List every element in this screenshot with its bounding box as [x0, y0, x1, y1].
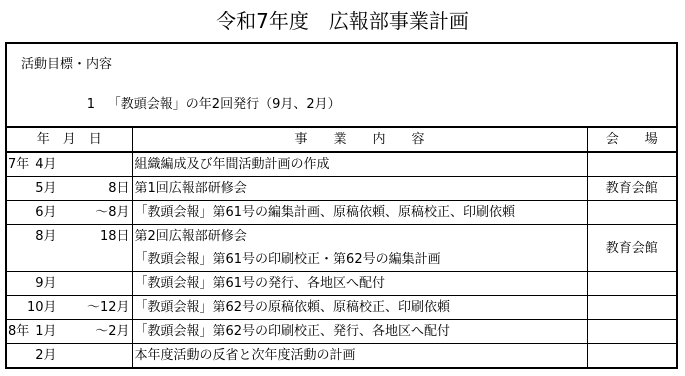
table-row: 10月 ～12月 「教頭会報」第62号の原稿依頼、原稿校正、印刷依頼 — [7, 296, 676, 320]
table-row: 5月 8日 第1回広報部研修会 教育会館 — [7, 177, 676, 201]
table-header-row: 年 月 日 事 業 内 容 会 場 — [7, 128, 676, 152]
date-year: 8年 — [8, 320, 29, 343]
goals-label: 活動目標・内容 — [21, 57, 112, 73]
header-event: 事 業 内 容 — [132, 128, 587, 152]
venue-cell — [587, 296, 676, 320]
date-cell: 8年 1月 ～2月 — [7, 320, 132, 343]
date-cell: 7年 4月 — [7, 153, 132, 176]
venue-cell: 教育会館 — [587, 177, 676, 201]
date-month: 6月 — [35, 201, 56, 224]
date-month: 5月 — [35, 177, 56, 200]
date-cell: 2月 — [7, 344, 132, 367]
table-row: 8年 1月 ～2月 「教頭会報」第62号の印刷校正、発行、各地区へ配付 — [7, 320, 676, 344]
event-line: 「教頭会報」第61号の印刷校正・第62号の編集計画 — [135, 248, 587, 271]
header-date: 年 月 日 — [7, 128, 132, 152]
date-month: 4月 — [35, 153, 56, 176]
event-cell: 「教頭会報」第62号の原稿依頼、原稿校正、印刷依頼 — [132, 296, 587, 320]
event-cell: 組織編成及び年間活動計画の作成 — [132, 152, 587, 177]
table-row: 2月 本年度活動の反省と次年度活動の計画 — [7, 344, 676, 368]
document-title: 令和7年度 広報部事業計画 — [0, 8, 685, 34]
venue-cell — [587, 272, 676, 296]
table-row: 7年 4月 組織編成及び年間活動計画の作成 — [7, 152, 676, 177]
venue-cell — [587, 344, 676, 368]
event-cell: 「教頭会報」第62号の印刷校正、発行、各地区へ配付 — [132, 320, 587, 344]
header-venue: 会 場 — [587, 128, 676, 152]
goals-item-text: 「教頭会報」の年2回発行（9月、2月） — [108, 97, 341, 112]
goals-item-number: 1 — [87, 97, 108, 113]
date-cell: 6月 ～8月 — [7, 201, 132, 224]
date-month: 2月 — [35, 344, 56, 367]
plan-sheet: 活動目標・内容 1「教頭会報」の年2回発行（9月、2月） 年 月 日 事 業 内… — [5, 42, 678, 369]
date-cell: 10月 ～12月 — [7, 296, 132, 319]
date-cell: 8月 18日 — [7, 225, 132, 248]
goals-section: 活動目標・内容 1「教頭会報」の年2回発行（9月、2月） — [7, 44, 676, 128]
table-row: 9月 「教頭会報」第61号の発行、各地区へ配付 — [7, 272, 676, 296]
date-month: 8月 — [35, 225, 56, 248]
goals-item: 1「教頭会報」の年2回発行（9月、2月） — [62, 81, 341, 129]
event-cell: 「教頭会報」第61号の編集計画、原稿依頼、原稿校正、印刷依頼 — [132, 201, 587, 225]
date-cell: 9月 — [7, 272, 132, 295]
venue-cell — [587, 201, 676, 225]
event-cell: 「教頭会報」第61号の発行、各地区へ配付 — [132, 272, 587, 296]
venue-cell: 教育会館 — [587, 225, 676, 272]
date-day: ～8月 — [95, 201, 129, 224]
event-cell: 第2回広報部研修会 「教頭会報」第61号の印刷校正・第62号の編集計画 — [132, 225, 587, 272]
date-day: ～12月 — [87, 296, 130, 319]
venue-cell — [587, 152, 676, 177]
date-month: 10月 — [27, 296, 57, 319]
table-row: 6月 ～8月 「教頭会報」第61号の編集計画、原稿依頼、原稿校正、印刷依頼 — [7, 201, 676, 225]
event-cell: 本年度活動の反省と次年度活動の計画 — [132, 344, 587, 368]
date-day: ～2月 — [95, 320, 129, 343]
date-month: 1月 — [35, 320, 56, 343]
date-day: 8日 — [108, 177, 129, 200]
date-year: 7年 — [8, 153, 29, 176]
venue-cell — [587, 320, 676, 344]
date-cell: 5月 8日 — [7, 177, 132, 200]
date-month: 9月 — [35, 272, 56, 295]
schedule-table: 年 月 日 事 業 内 容 会 場 7年 4月 組織編成及び年間活動計画の作成 … — [7, 128, 676, 367]
event-cell: 第1回広報部研修会 — [132, 177, 587, 201]
table-row: 8月 18日 第2回広報部研修会 「教頭会報」第61号の印刷校正・第62号の編集… — [7, 225, 676, 272]
date-day: 18日 — [100, 225, 130, 248]
event-line: 第2回広報部研修会 — [135, 225, 587, 248]
